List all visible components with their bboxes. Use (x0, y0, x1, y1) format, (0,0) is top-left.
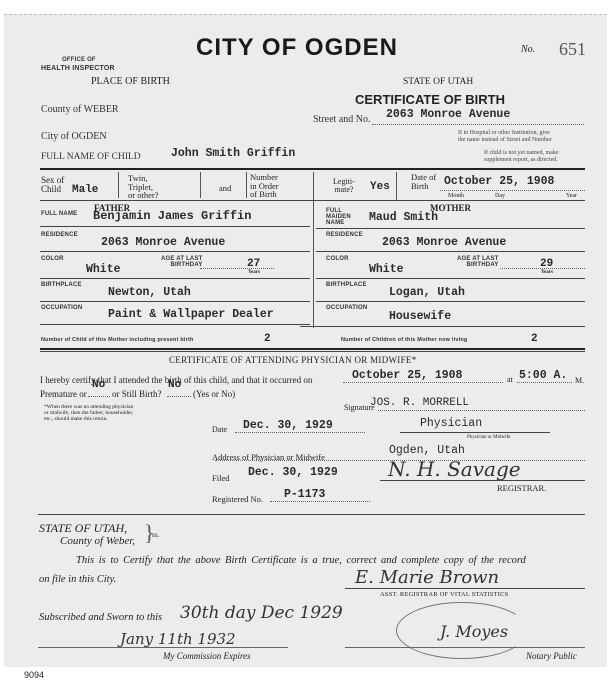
cert-state: STATE OF UTAH, (39, 521, 127, 536)
physician-date-value: Dec. 30, 1929 (243, 419, 333, 432)
date-label: Date (212, 425, 227, 434)
cert-text-1: This is to Certify that the above Birth … (76, 555, 526, 566)
mother-age-unit: Years (541, 270, 553, 275)
stillbirth-value: No (168, 379, 181, 391)
child-name-label: FULL NAME OF CHILD (41, 152, 141, 162)
health-inspector-label: HEALTH INSPECTOR (41, 65, 115, 72)
birth-order-label: Numberin Orderof Birth (250, 173, 279, 199)
physician-footnote: *When there was no attending physicianor… (44, 404, 133, 422)
father-birthplace-value: Newton, Utah (108, 286, 191, 299)
children-living-label: Number of Children of this Mother now li… (341, 337, 467, 343)
certificate-number-label: No. (521, 44, 535, 55)
physician-heading: CERTIFICATE OF ATTENDING PHYSICIAN OR MI… (169, 355, 417, 365)
place-of-birth-heading: PLACE OF BIRTH (91, 76, 170, 87)
sex-label: Sex ofChild (41, 176, 64, 194)
commission-expiry-value: Jany 11th 1932 (120, 630, 236, 648)
street-value: 2063 Monroe Avenue (386, 108, 510, 121)
birth-time-value: 5:00 A. (519, 369, 567, 382)
office-of-label: OFFICE OF (62, 57, 96, 63)
commission-expires-label: My Commission Expires (163, 651, 251, 661)
twin-label: Twin,Triplet,or other? (128, 174, 158, 200)
city-title: CITY OF OGDEN (196, 34, 398, 62)
unnamed-note-1: If child is not yet named, make (484, 150, 558, 156)
mother-birthplace-label: BIRTHPLACE (326, 282, 367, 288)
mother-name-label: FULLMAIDENNAME (326, 208, 351, 226)
sex-value: Male (72, 184, 98, 196)
unnamed-note-2: supplement report, as directed. (484, 157, 558, 163)
am-pm-label: M. (575, 376, 584, 385)
year-caption: Year (566, 193, 577, 199)
mother-name-value: Maud Smith (369, 211, 438, 224)
premature-value: No (92, 379, 105, 391)
mother-color-value: White (369, 263, 404, 276)
notary-public-label: Notary Public (526, 651, 577, 661)
mother-occupation-label: OCCUPATION (326, 305, 367, 311)
father-name-value: Benjamin James Griffin (93, 209, 251, 223)
father-name-label: FULL NAME (41, 211, 77, 217)
registrar-label: REGISTRAR. (497, 483, 546, 493)
state-heading: STATE OF UTAH (403, 77, 473, 87)
mother-occupation-value: Housewife (389, 310, 451, 323)
child-name-value: John Smith Griffin (171, 147, 295, 160)
children-living-value: 2 (531, 333, 538, 345)
physician-role-value: Physician (420, 417, 482, 430)
physician-role-label: Physician or Midwife (467, 435, 510, 440)
hospital-note-2: the name instead of Street and Number (458, 137, 552, 143)
registered-number-label: Registered No. (212, 494, 263, 504)
mother-birthplace-value: Logan, Utah (389, 286, 465, 299)
father-age-label: AGE AT LASTBIRTHDAY (161, 256, 203, 268)
registrar-signature: N. H. Savage (388, 457, 521, 481)
sworn-date-value: 30th day Dec 1929 (180, 603, 343, 623)
certificate-of-birth-heading: CERTIFICATE OF BIRTH (355, 92, 505, 107)
street-label: Street and No. (313, 114, 371, 125)
father-age-value: 27 (247, 258, 260, 270)
father-occupation-label: OCCUPATION (41, 305, 82, 311)
father-birthplace-label: BIRTHPLACE (41, 282, 82, 288)
city-label: City of OGDEN (41, 131, 107, 142)
mother-age-label: AGE AT LASTBIRTHDAY (457, 256, 499, 268)
day-caption: Day (495, 193, 505, 199)
father-occupation-value: Paint & Wallpaper Dealer (108, 308, 274, 321)
notary-signature: J. Moyes (440, 622, 508, 641)
stillbirth-label: or Still Birth? (112, 389, 162, 399)
mother-residence-label: RESIDENCE (326, 232, 363, 238)
father-color-label: COLOR (41, 256, 64, 262)
premature-label: Premature or (40, 389, 87, 399)
at-label: at (507, 375, 513, 384)
asst-registrar-label: ASST. REGISTRAR OF VITAL STATISTICS (380, 591, 508, 598)
physician-address-value: Ogden, Utah (389, 444, 465, 457)
sworn-label: Subscribed and Sworn to this (39, 612, 162, 623)
certificate-number: 651 (559, 39, 586, 60)
date-of-birth-label: Date ofBirth (411, 173, 436, 190)
legitimate-value: Yes (370, 181, 390, 193)
hospital-note-1: If in Hospital or other Institution, giv… (458, 130, 550, 136)
filed-value: Dec. 30, 1929 (248, 466, 338, 479)
mother-residence-value: 2063 Monroe Avenue (382, 236, 506, 249)
physician-birth-date: October 25, 1908 (352, 369, 462, 382)
county-label: County of WEBER (41, 104, 119, 115)
and-label: and (219, 183, 231, 193)
father-color-value: White (86, 263, 121, 276)
mother-color-label: COLOR (326, 256, 349, 262)
filed-label: Filed (212, 473, 229, 483)
cert-ss: ss. (152, 531, 159, 539)
registered-number-value: P-1173 (284, 488, 325, 501)
child-number-value: 2 (264, 333, 271, 345)
legitimate-label: Legiti-mate? (333, 178, 355, 194)
mother-age-value: 29 (540, 258, 553, 270)
father-residence-value: 2063 Monroe Avenue (101, 236, 225, 249)
page-id: 9094 (24, 670, 44, 680)
physician-signature-value: JOS. R. MORRELL (370, 397, 469, 409)
date-of-birth-value: October 25, 1908 (444, 175, 554, 188)
child-number-label: Number of Child of this Mother including… (41, 337, 194, 343)
yes-no-label: (Yes or No) (193, 389, 235, 399)
asst-registrar-signature: E. Marie Brown (355, 567, 499, 588)
cert-text-2: on file in this City. (39, 574, 116, 585)
month-caption: Month (448, 193, 464, 199)
cert-county: County of Weber, (60, 535, 135, 547)
father-age-unit: Years (248, 270, 260, 275)
father-residence-label: RESIDENCE (41, 232, 78, 238)
